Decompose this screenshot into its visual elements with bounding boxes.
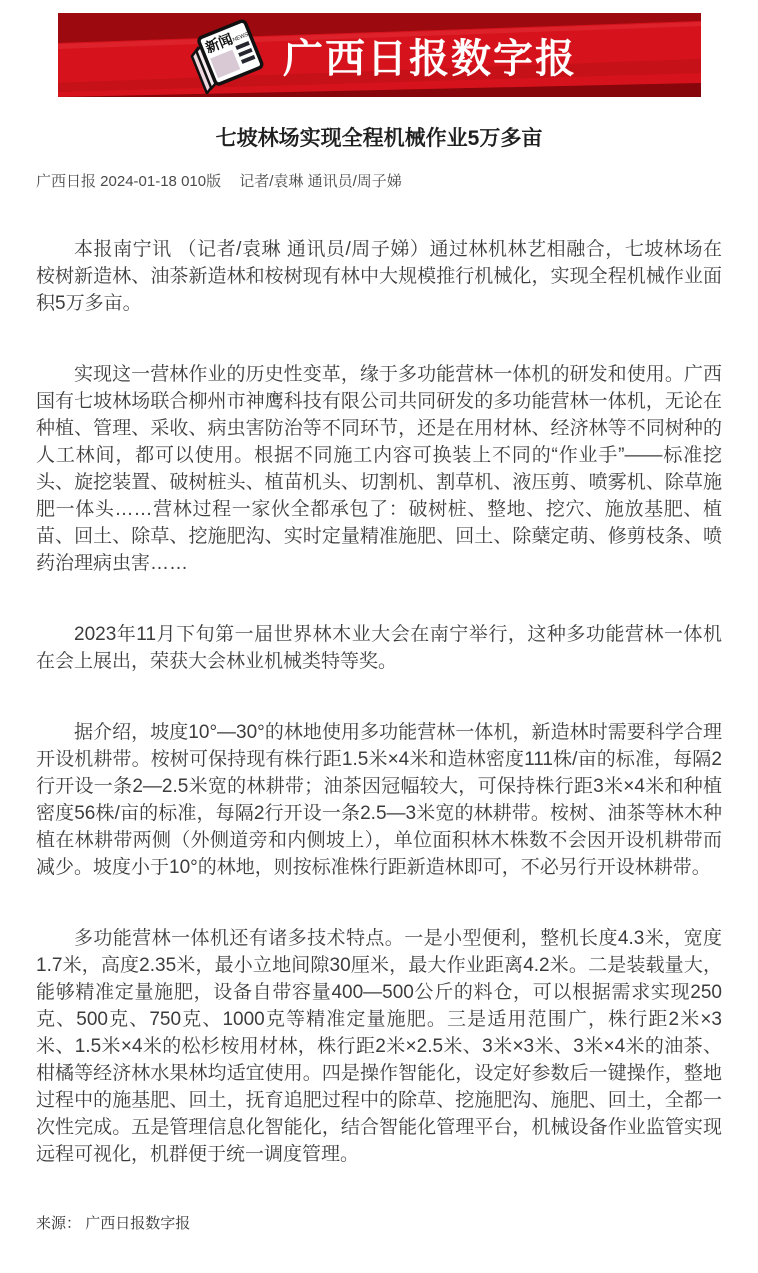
source-label: 来源：: [36, 1215, 81, 1232]
article-page: 新闻 NEWS 广西日报数字报 七坡林场实现全程机械作业5万多亩 广西日报 20…: [0, 13, 758, 1273]
paragraph: 据介绍，坡度10°—30°的林地使用多功能营林一体机，新造林时需要科学合理开设机…: [36, 719, 722, 881]
article-title: 七坡林场实现全程机械作业5万多亩: [36, 125, 722, 153]
source-line: 来源： 广西日报数字报: [36, 1212, 722, 1273]
site-brand-title: 广西日报数字报: [283, 27, 577, 84]
paragraph: 实现这一营林作业的历史性变革，缘于多功能营林一体机的研发和使用。广西国有七坡林场…: [36, 361, 722, 577]
meta-paper-date-edition: 广西日报 2024-01-18 010版: [36, 173, 221, 190]
paragraph: 多功能营林一体机还有诸多技术特点。一是小型便利，整机长度4.3米，宽度1.7米，…: [36, 925, 722, 1168]
article-meta: 广西日报 2024-01-18 010版 记者/袁琳 通讯员/周子娣: [36, 170, 722, 191]
article-body: 本报南宁讯 （记者/袁琳 通讯员/周子娣）通过林机林艺相融合，七坡林场在桉树新造…: [36, 236, 722, 1168]
source-value: 广西日报数字报: [85, 1215, 190, 1232]
banner-content: 新闻 NEWS 广西日报数字报: [58, 13, 701, 97]
paragraph: 本报南宁讯 （记者/袁琳 通讯员/周子娣）通过林机林艺相融合，七坡林场在桉树新造…: [36, 236, 722, 317]
article-content: 七坡林场实现全程机械作业5万多亩 广西日报 2024-01-18 010版 记者…: [36, 125, 722, 1273]
meta-byline: 记者/袁琳 通讯员/周子娣: [239, 173, 402, 190]
masthead-banner[interactable]: 新闻 NEWS 广西日报数字报: [58, 13, 701, 97]
paragraph: 2023年11月下旬第一届世界林木业大会在南宁举行，这种多功能营林一体机在会上展…: [36, 621, 722, 675]
newspaper-icon: 新闻 NEWS: [181, 18, 269, 94]
